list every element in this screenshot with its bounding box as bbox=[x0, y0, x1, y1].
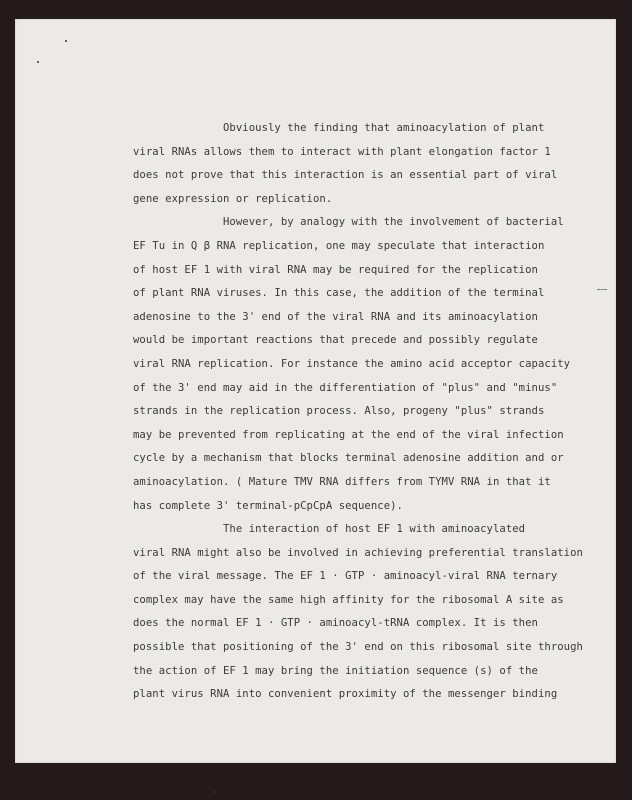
text-line: EF Tu in Q β RNA replication, one may sp… bbox=[133, 235, 603, 259]
text-line: viral RNA might also be involved in achi… bbox=[133, 542, 603, 566]
text-line: strands in the replication process. Also… bbox=[133, 400, 603, 424]
text-line: viral RNAs allows them to interact with … bbox=[133, 141, 603, 165]
ink-speck bbox=[37, 61, 39, 63]
text-line: has complete 3' terminal-pCpCpA sequence… bbox=[133, 495, 603, 519]
text-line: adenosine to the 3' end of the viral RNA… bbox=[133, 306, 603, 330]
text-line: aminoacylation. ( Mature TMV RNA differs… bbox=[133, 471, 603, 495]
text-line: The interaction of host EF 1 with aminoa… bbox=[133, 518, 603, 542]
text-line: does the normal EF 1 · GTP · aminoacyl-t… bbox=[133, 612, 603, 636]
text-line: of the 3' end may aid in the differentia… bbox=[133, 377, 603, 401]
text-line: cycle by a mechanism that blocks termina… bbox=[133, 447, 603, 471]
text-line: of host EF 1 with viral RNA may be requi… bbox=[133, 259, 603, 283]
text-line: However, by analogy with the involvement… bbox=[133, 211, 603, 235]
text-line: would be important reactions that preced… bbox=[133, 329, 603, 353]
text-line: viral RNA replication. For instance the … bbox=[133, 353, 603, 377]
text-line: Obviously the finding that aminoacylatio… bbox=[133, 117, 603, 141]
ink-speck bbox=[65, 40, 67, 42]
ink-speck bbox=[213, 791, 215, 793]
text-line: the action of EF 1 may bring the initiat… bbox=[133, 660, 603, 684]
text-line: of plant RNA viruses. In this case, the … bbox=[133, 282, 603, 306]
text-line: of the viral message. The EF 1 · GTP · a… bbox=[133, 565, 603, 589]
text-line: plant virus RNA into convenient proximit… bbox=[133, 683, 603, 707]
text-line: possible that positioning of the 3' end … bbox=[133, 636, 603, 660]
text-line: does not prove that this interaction is … bbox=[133, 164, 603, 188]
text-line: may be prevented from replicating at the… bbox=[133, 424, 603, 448]
body-text: Obviously the finding that aminoacylatio… bbox=[133, 117, 603, 707]
text-line: complex may have the same high affinity … bbox=[133, 589, 603, 613]
text-line: gene expression or replication. bbox=[133, 188, 603, 212]
